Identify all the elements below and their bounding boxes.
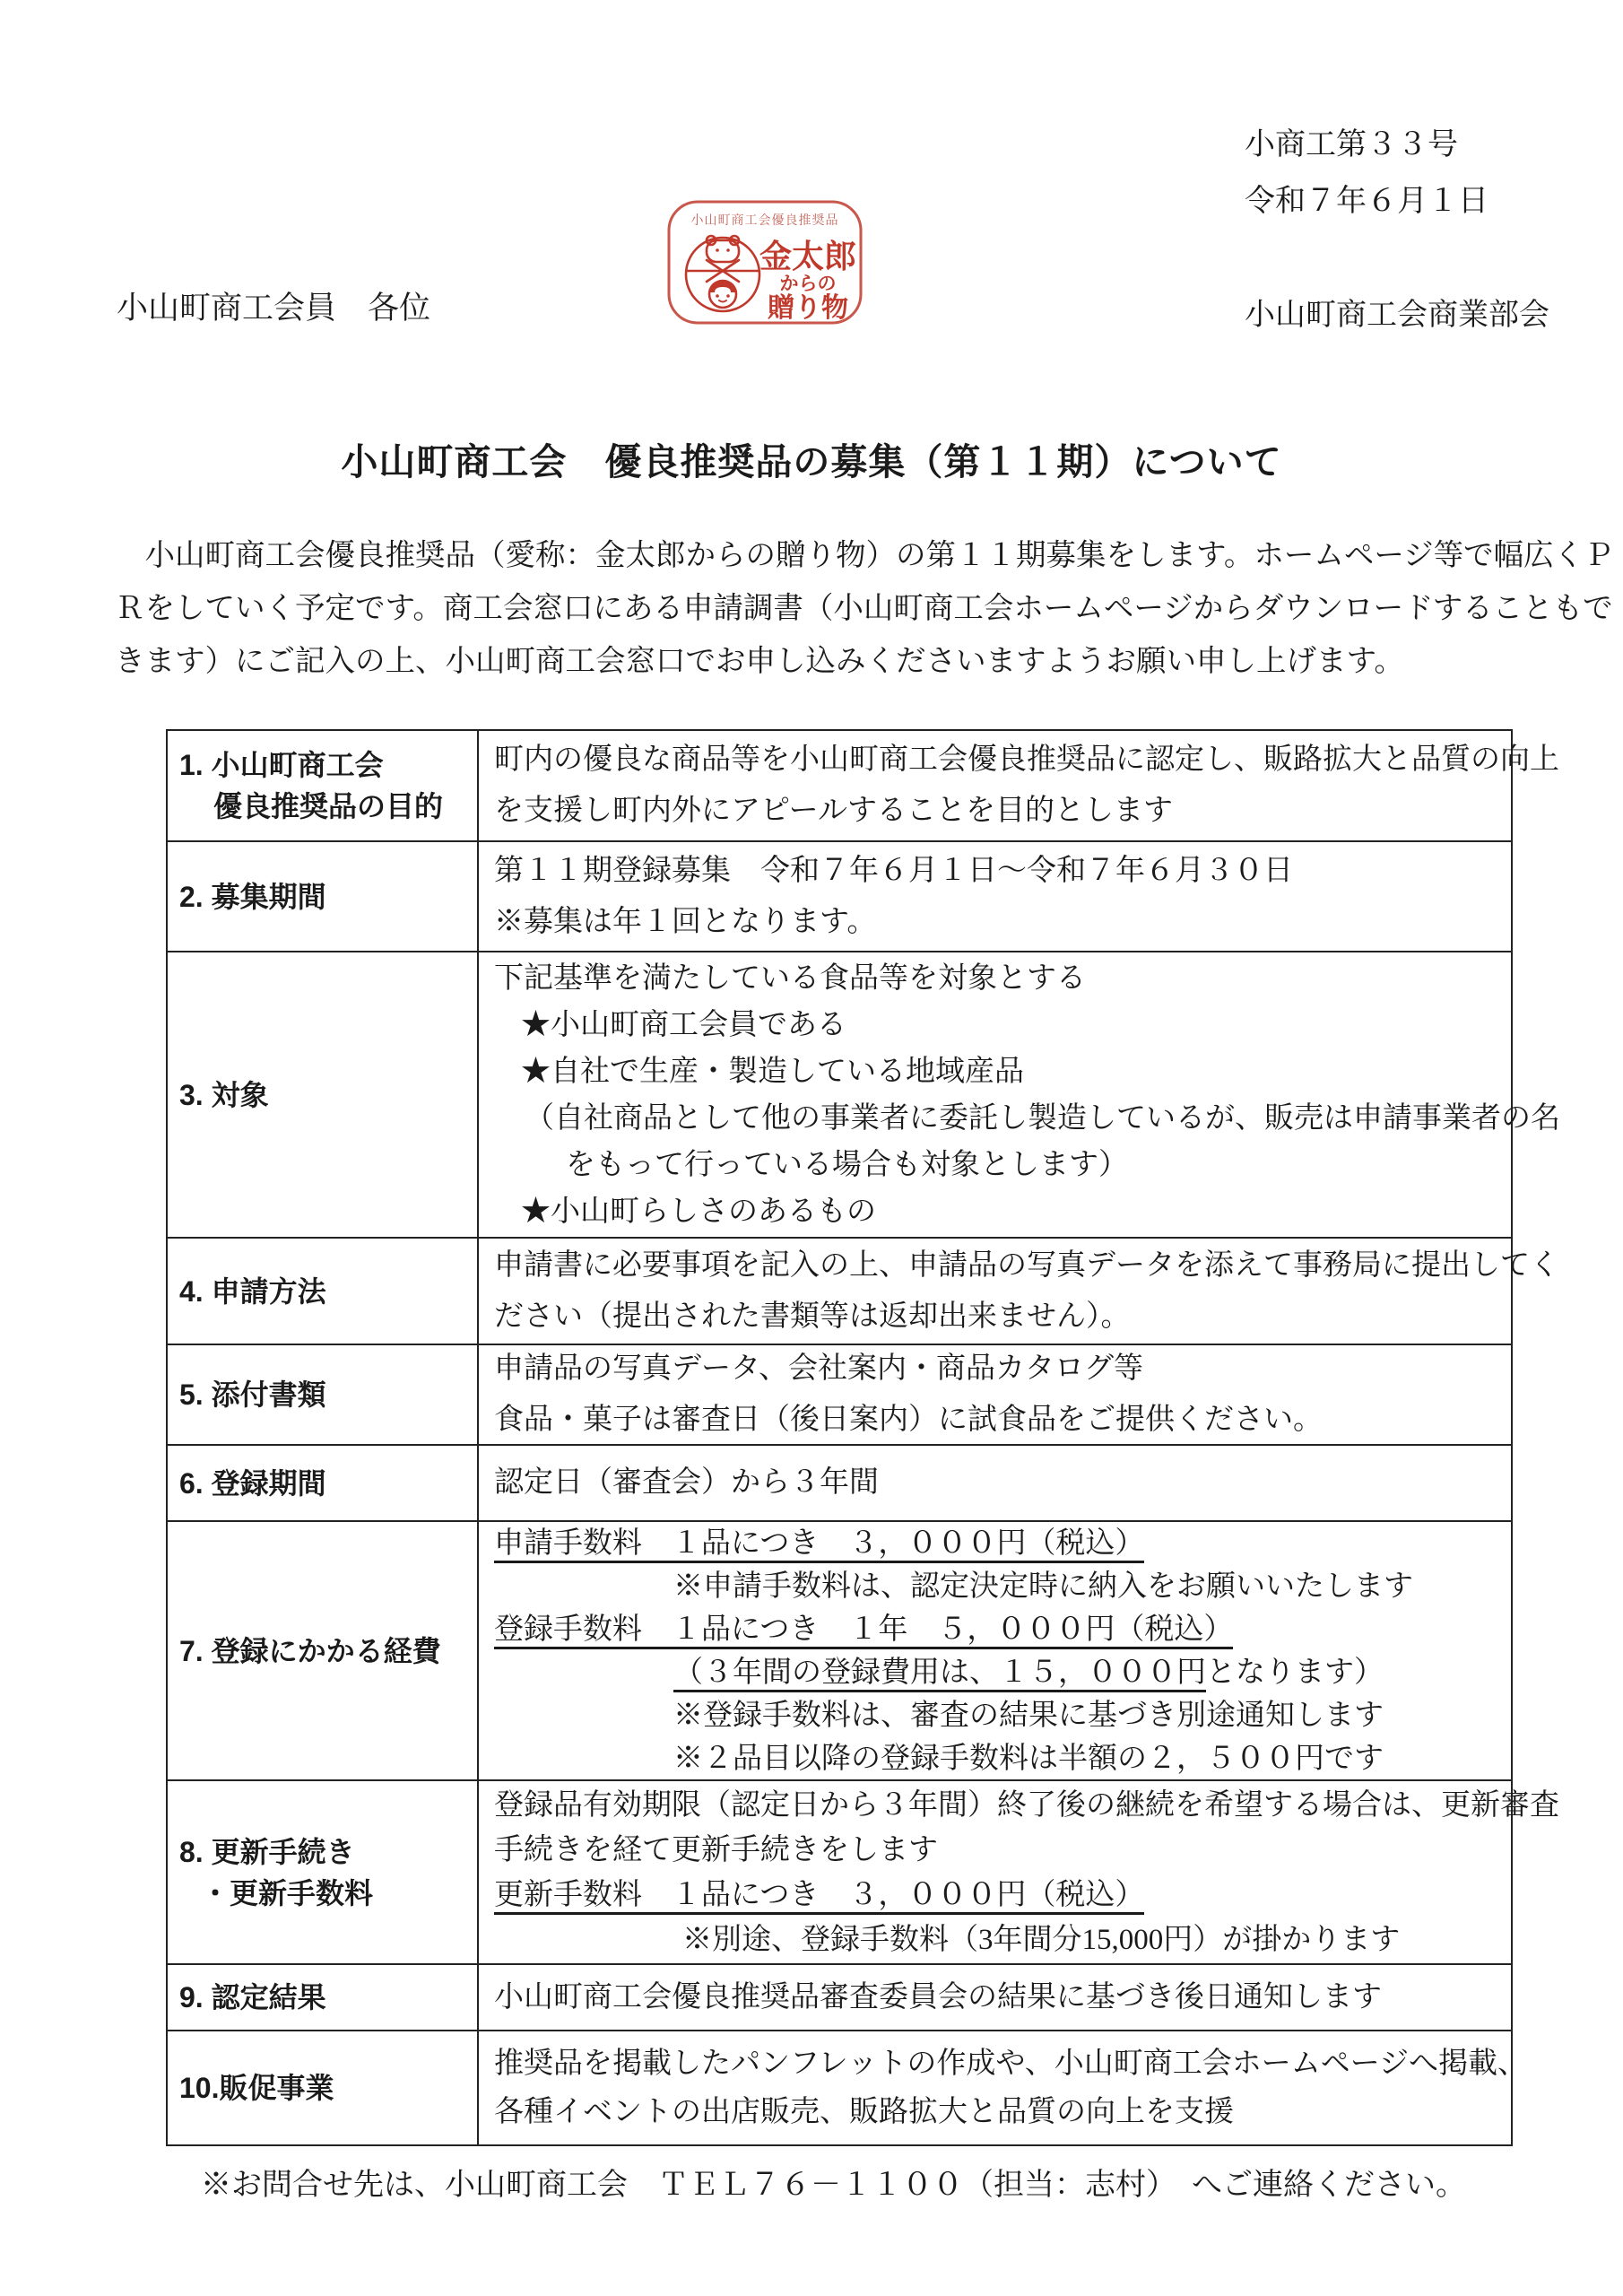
content-line: ※募集は年１回となります。	[494, 897, 1511, 948]
content-line: 登録手数料 １品につき １年 ５，０００円（税込）	[494, 1608, 1511, 1651]
content-line: 下記基準を満たしている食品等を対象とする	[494, 955, 1511, 1002]
content-line: を支援し町内外にアピールすることを目的とします	[494, 786, 1511, 837]
table-row-period: 2. 募集期間 第１１期登録募集 令和７年６月１日～令和７年６月３０日 ※募集は…	[168, 842, 1511, 952]
table-row-fees: 7. 登録にかかる経費 申請手数料 １品につき ３，０００円（税込） ※申請手数…	[168, 1522, 1511, 1781]
content-line: ★小山町商工会員である	[494, 1002, 1511, 1048]
row-content: 申請品の写真データ、会社案内・商品カタログ等 食品・菓子は審査日（後日案内）に試…	[479, 1345, 1511, 1444]
row-label: 8. 更新手続き ・更新手数料	[168, 1781, 479, 1963]
content-line: ※申請手数料は、認定決定時に納入をお願いいたします	[494, 1565, 1511, 1608]
row-label: 4. 申請方法	[168, 1239, 479, 1344]
content-line: 各種イベントの出店販売、販路拡大と品質の向上を支援	[494, 2088, 1511, 2136]
intro-line: Ｒをしていく予定です。商工会窓口にある申請調書（小山町商工会ホームページからダウ…	[115, 582, 1532, 635]
row-content: 推奨品を掲載したパンフレットの作成や、小山町商工会ホームページへ掲載、 各種イベ…	[479, 2031, 1511, 2144]
row-label: 6. 登録期間	[168, 1446, 479, 1520]
table-row-target: 3. 対象 下記基準を満たしている食品等を対象とする ★小山町商工会員である ★…	[168, 952, 1511, 1239]
row-label: 5. 添付書類	[168, 1345, 479, 1444]
content-line: （３年間の登録費用は、１５，０００円となります）	[494, 1651, 1511, 1694]
doc-date: 令和７年６月１日	[1245, 173, 1549, 230]
row-label-line: 1. 小山町商工会	[179, 744, 477, 786]
table-row-promotion: 10.販促事業 推奨品を掲載したパンフレットの作成や、小山町商工会ホームページへ…	[168, 2031, 1511, 2144]
content-line: 食品・菓子は審査日（後日案内）に試食品をご提供ください。	[494, 1395, 1511, 1446]
intro-line: きます）にご記入の上、小山町商工会窓口でお申し込みくださいますようお願い申し上げ…	[115, 635, 1532, 688]
logo-line3: 贈り物	[768, 293, 848, 323]
content-line: ★小山町らしさのあるもの	[494, 1188, 1511, 1235]
row-content: 小山町商工会優良推奨品審査委員会の結果に基づき後日通知します	[479, 1965, 1511, 2030]
content-line: をもって行っている場合も対象とします）	[494, 1142, 1511, 1188]
row-label: 1. 小山町商工会 優良推奨品の目的	[168, 731, 479, 840]
doc-number: 小商工第３３号	[1245, 117, 1549, 173]
content-line: 申請書に必要事項を記入の上、申請品の写真データを添えて事務局に提出してく	[494, 1240, 1511, 1291]
row-label-line: 3. 対象	[179, 1074, 477, 1116]
logo-top-text: 小山町商工会優良推奨品	[691, 213, 839, 227]
row-content: 登録品有効期限（認定日から３年間）終了後の継続を希望する場合は、更新審査 手続き…	[479, 1781, 1511, 1963]
application-fee-underlined: 申請手数料 １品につき ３，０００円（税込）	[494, 1527, 1144, 1563]
table-row-registration-period: 6. 登録期間 認定日（審査会）から３年間	[168, 1446, 1511, 1522]
registration-fee-underlined: 登録手数料 １品につき １年 ５，０００円（税込）	[494, 1613, 1233, 1649]
page-title: 小山町商工会 優良推奨品の募集（第１１期）について	[0, 432, 1623, 485]
kintaro-gift-logo: 小山町商工会優良推奨品 金太郎 からの 贈り物	[666, 199, 864, 326]
intro-line: 小山町商工会優良推奨品（愛称：金太郎からの贈り物）の第１１期募集をします。ホーム…	[115, 529, 1532, 582]
table-row-purpose: 1. 小山町商工会 優良推奨品の目的 町内の優良な商品等を小山町商工会優良推奨品…	[168, 731, 1511, 842]
row-content: 下記基準を満たしている食品等を対象とする ★小山町商工会員である ★自社で生産・…	[479, 952, 1511, 1237]
row-content: 認定日（審査会）から３年間	[479, 1446, 1511, 1520]
row-label: 9. 認定結果	[168, 1965, 479, 2030]
content-line: ※別途、登録手数料（3年間分15,000円）が掛かります	[494, 1918, 1511, 1962]
intro-paragraph: 小山町商工会優良推奨品（愛称：金太郎からの贈り物）の第１１期募集をします。ホーム…	[115, 529, 1532, 688]
row-label: 10.販促事業	[168, 2031, 479, 2144]
content-line: 登録品有効期限（認定日から３年間）終了後の継続を希望する場合は、更新審査	[494, 1783, 1511, 1828]
row-label-line: 7. 登録にかかる経費	[179, 1631, 477, 1672]
row-label: 2. 募集期間	[168, 842, 479, 951]
row-label: 7. 登録にかかる経費	[168, 1522, 479, 1779]
row-label-line: 5. 添付書類	[179, 1374, 477, 1415]
content-line: 第１１期登録募集 令和７年６月１日～令和７年６月３０日	[494, 846, 1511, 897]
table-row-application: 4. 申請方法 申請書に必要事項を記入の上、申請品の写真データを添えて事務局に提…	[168, 1239, 1511, 1345]
footer-note: ※お問合せ先は、小山町商工会 ＴＥＬ７６－１１００（担当：志村） へご連絡くださ…	[201, 2160, 1466, 2204]
content-line: 町内の優良な商品等を小山町商工会優良推奨品に認定し、販路拡大と品質の向上	[494, 735, 1511, 786]
doc-meta: 小商工第３３号 令和７年６月１日 小山町商工会商業部会	[1245, 117, 1549, 344]
row-label-line: 10.販促事業	[179, 2067, 477, 2109]
row-label-line: 8. 更新手続き	[179, 1831, 477, 1873]
row-label-line: 4. 申請方法	[179, 1271, 477, 1312]
row-label-line: 優良推奨品の目的	[179, 786, 477, 827]
three-year-cost-underlined: （３年間の登録費用は、１５，０００円	[673, 1657, 1206, 1692]
content-line: 申請手数料 １品につき ３，０００円（税込）	[494, 1522, 1511, 1565]
content-line: 認定日（審査会）から３年間	[494, 1457, 1511, 1509]
content-line: ★自社で生産・製造している地域産品	[494, 1048, 1511, 1095]
renewal-fee-underlined: 更新手数料 １品につき ３，０００円（税込）	[494, 1879, 1144, 1915]
content-line: 更新手数料 １品につき ３，０００円（税込）	[494, 1873, 1511, 1918]
logo-line1: 金太郎	[759, 238, 856, 274]
table-row-renewal: 8. 更新手続き ・更新手数料 登録品有効期限（認定日から３年間）終了後の継続を…	[168, 1781, 1511, 1965]
row-label-line: ・更新手数料	[179, 1873, 477, 1914]
recipient: 小山町商工会員 各位	[117, 283, 430, 328]
table-row-attachments: 5. 添付書類 申請品の写真データ、会社案内・商品カタログ等 食品・菓子は審査日…	[168, 1345, 1511, 1446]
row-content: 町内の優良な商品等を小山町商工会優良推奨品に認定し、販路拡大と品質の向上 を支援…	[479, 731, 1511, 840]
content-line: 小山町商工会優良推奨品審査委員会の結果に基づき後日通知します	[494, 1972, 1511, 2023]
content-line: ださい（提出された書類等は返却出来ません）。	[494, 1291, 1511, 1343]
row-label-line: 9. 認定結果	[179, 1977, 477, 2018]
table-row-result: 9. 認定結果 小山町商工会優良推奨品審査委員会の結果に基づき後日通知します	[168, 1965, 1511, 2031]
row-label-line: 6. 登録期間	[179, 1463, 477, 1504]
row-label: 3. 対象	[168, 952, 479, 1237]
three-year-cost-rest: となります）	[1206, 1657, 1384, 1689]
content-line: 手続きを経て更新手続きをします	[494, 1828, 1511, 1873]
content-line: ※登録手数料は、審査の結果に基づき別途通知します	[494, 1694, 1511, 1737]
content-line: （自社商品として他の事業者に委託し製造しているが、販売は申請事業者の名	[494, 1095, 1511, 1142]
row-content: 申請手数料 １品につき ３，０００円（税込） ※申請手数料は、認定決定時に納入を…	[479, 1522, 1511, 1779]
content-line: 推奨品を掲載したパンフレットの作成や、小山町商工会ホームページへ掲載、	[494, 2039, 1511, 2088]
content-line: ※２品目以降の登録手数料は半額の２，５００円です	[494, 1737, 1511, 1780]
info-table: 1. 小山町商工会 優良推奨品の目的 町内の優良な商品等を小山町商工会優良推奨品…	[166, 729, 1513, 2146]
row-content: 申請書に必要事項を記入の上、申請品の写真データを添えて事務局に提出してく ださい…	[479, 1239, 1511, 1344]
logo-line2: からの	[780, 274, 837, 294]
row-label-line: 2. 募集期間	[179, 876, 477, 918]
doc-issuer: 小山町商工会商業部会	[1245, 287, 1549, 344]
content-line: 申請品の写真データ、会社案内・商品カタログ等	[494, 1344, 1511, 1395]
row-content: 第１１期登録募集 令和７年６月１日～令和７年６月３０日 ※募集は年１回となります…	[479, 842, 1511, 951]
document-page: 小商工第３３号 令和７年６月１日 小山町商工会商業部会 小山町商工会員 各位 小…	[0, 0, 1623, 2296]
